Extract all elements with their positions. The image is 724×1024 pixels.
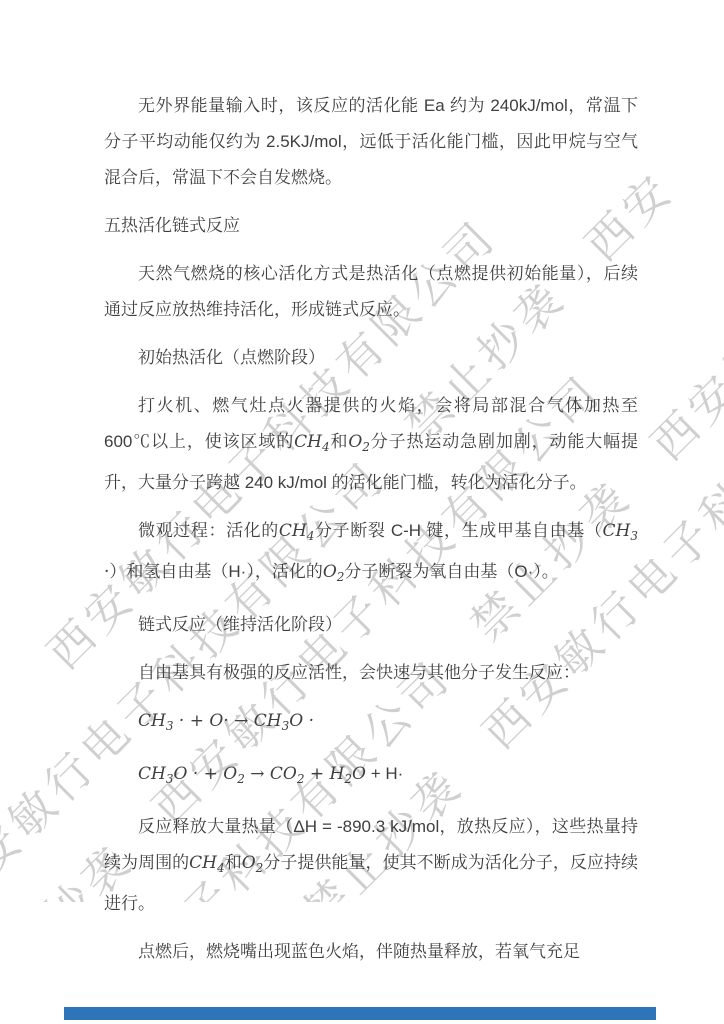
text-run: ）和氢自由基（H·），活化的 (109, 562, 322, 581)
text-run: 自由基具有极强的反应活性，会快速与其他分子发生反应： (138, 663, 580, 682)
math-run: O (348, 432, 362, 452)
math-run: 3 (630, 529, 638, 543)
math-run: 4 (322, 440, 330, 454)
math-run: O · + O (173, 764, 237, 784)
math-run: 2 (297, 772, 305, 786)
math-run: CH (138, 711, 166, 731)
math-run: O (242, 853, 256, 873)
math-run: 2 (237, 772, 245, 786)
paragraph: 微观过程：活化的CH4分子断裂 C-H 键，生成甲基自由基（CH3 ·）和氢自由… (104, 513, 638, 595)
paragraph: 自由基具有极强的反应活性，会快速与其他分子发生反应： (104, 655, 638, 691)
text-run: 和 (225, 853, 242, 872)
formula: CH3 · + O· → CH3O · (104, 703, 638, 744)
math-run: CH (138, 764, 166, 784)
math-run: · + O· → (173, 711, 253, 731)
math-run: → CO (245, 764, 297, 784)
text-run: 初始热活化（点燃阶段） (138, 348, 325, 367)
math-run: O · (289, 711, 314, 731)
math-run: CH (189, 853, 217, 873)
math-run: CH (279, 521, 307, 541)
text-run: 和 (330, 432, 349, 451)
document-body: 无外界能量输入时，该反应的活化能 Ea 约为 240kJ/mol，常温下分子平均… (104, 88, 638, 982)
text-run: 分子断裂为氧自由基（O·）。 (344, 562, 558, 581)
math-run: 2 (362, 440, 370, 454)
paragraph: 无外界能量输入时，该反应的活化能 Ea 约为 240kJ/mol，常温下分子平均… (104, 88, 638, 196)
paragraph: 反应释放大量热量（ΔH = -890.3 kJ/mol，放热反应），这些热量持续… (104, 809, 638, 922)
paragraph: 点燃后，燃烧嘴出现蓝色火焰，伴随热量释放，若氧气充足 (104, 934, 638, 970)
formula: CH3O · + O2 → CO2 + H2O + H· (104, 756, 638, 797)
math-run: + H (305, 764, 345, 784)
paragraph: 打火机、燃气灶点火器提供的火焰，会将局部混合气体加热至600℃以上，使该区域的C… (104, 388, 638, 501)
heading: 五热活化链式反应 (104, 208, 638, 244)
math-run: O (323, 562, 337, 582)
footer-bar (64, 1007, 656, 1020)
text-run: + H· (366, 764, 403, 783)
text-run: 天然气燃烧的核心活化方式是热活化（点燃提供初始能量），后续通过反应放热维持活化，… (104, 264, 638, 319)
text-run: 无外界能量输入时，该反应的活化能 Ea 约为 240kJ/mol，常温下分子平均… (104, 96, 638, 187)
paragraph: 天然气燃烧的核心活化方式是热活化（点燃提供初始能量），后续通过反应放热维持活化，… (104, 256, 638, 328)
math-run: CH (603, 521, 631, 541)
math-run: 2 (344, 772, 352, 786)
document-page: 西安敏行电子科技有限公司安敏行电子科技有限公司 禁止抄袭 西安禁止抄袭 西安敏行… (0, 0, 724, 1024)
subheading: 初始热活化（点燃阶段） (104, 340, 638, 376)
math-run: CH (294, 432, 322, 452)
math-run: CH (254, 711, 282, 731)
text-run: 点燃后，燃烧嘴出现蓝色火焰，伴随热量释放，若氧气充足 (138, 942, 580, 961)
text-run: 微观过程：活化的 (138, 521, 279, 540)
math-run: O (352, 764, 366, 784)
text-run: 分子断裂 C-H 键，生成甲基自由基（ (314, 521, 602, 540)
subheading: 链式反应（维持活化阶段） (104, 607, 638, 643)
math-run: 4 (217, 861, 225, 875)
text-run: 五热活化链式反应 (104, 216, 240, 235)
text-run: 链式反应（维持活化阶段） (138, 615, 342, 634)
